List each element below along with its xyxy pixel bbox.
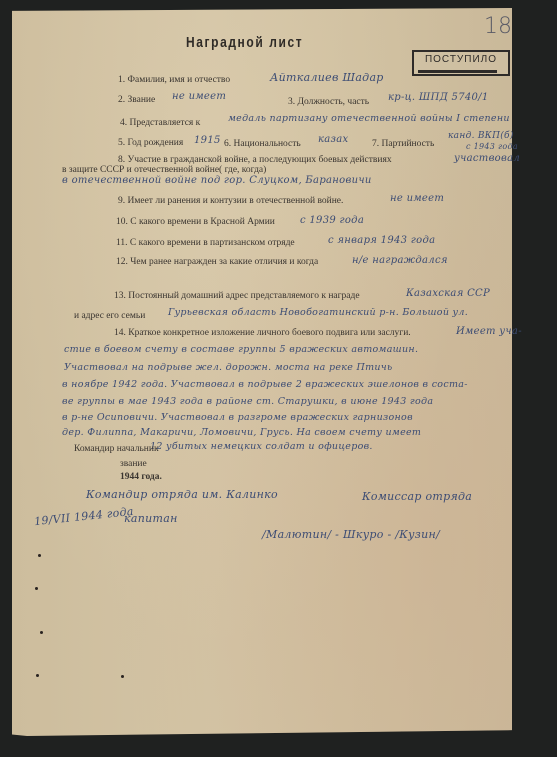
field-4-value: медаль партизану отечественной войны I с… xyxy=(228,113,510,124)
field-13-label-line1: 13. Постоянный домашний адрес представля… xyxy=(114,291,360,301)
field-14-line: стие в боевом счету в составе группы 5 в… xyxy=(64,344,418,355)
field-10-label: 10. С какого времени в Красной Армии xyxy=(116,217,275,227)
field-9-value: не имеет xyxy=(390,193,444,204)
field-14-line: в р-не Осиповичи. Участвовал в разгроме … xyxy=(62,412,413,423)
field-13-value-line2: Гурьевская область Новобогатинский р-н. … xyxy=(168,307,468,318)
field-7-value-2: с 1943 года xyxy=(466,142,518,151)
field-8-label-line2: в защите СССР и отечественной войне( где… xyxy=(62,165,266,175)
ink-dot xyxy=(40,631,43,634)
field-13-value-line1: Казахская ССР xyxy=(406,288,490,299)
field-4-label: 4. Представляется к xyxy=(120,118,200,128)
field-6-label: 6. Национальность xyxy=(224,139,301,149)
ink-dot xyxy=(38,554,41,557)
field-1-value: Айткалиев Шадар xyxy=(270,71,384,84)
stamp-line xyxy=(418,70,497,73)
field-14-line: дер. Филиппа, Макаричи, Ломовичи, Грусь.… xyxy=(62,427,421,438)
field-14-line: ве группы в мае 1943 года в районе ст. С… xyxy=(62,396,433,407)
field-3-label: 3. Должность, часть xyxy=(288,97,369,107)
field-14-line: Участвовал на подрыве жел. дорожн. моста… xyxy=(64,362,392,373)
field-14-line: в ноябре 1942 года. Участвовал в подрыве… xyxy=(62,379,468,390)
ink-dot xyxy=(36,674,39,677)
handwritten-signatures: /Малютин/ - Шкуро - /Кузин/ xyxy=(262,528,440,541)
field-2-value: не имеет xyxy=(172,91,226,102)
page-number: 18 xyxy=(484,14,512,39)
field-7-value: канд. ВКП(б) xyxy=(448,131,514,141)
field-8-label-line1: 8. Участие в гражданской войне, а послед… xyxy=(118,155,392,165)
field-11-value: с января 1943 года xyxy=(328,235,435,246)
field-14-line: 12 убитых немецких солдат и офицеров. xyxy=(150,441,373,452)
commander-printed-label: Командир начальник xyxy=(74,444,159,454)
commander-handwritten-title: Командир отряда им. Калинко xyxy=(86,488,278,501)
field-7-label: 7. Партийность xyxy=(372,139,434,149)
field-8-value-line2: в отечественной войне под гор. Слуцком, … xyxy=(62,175,372,186)
document-title: Наградной лист xyxy=(186,34,303,51)
field-10-value: с 1939 года xyxy=(300,215,364,226)
field-5-label: 5. Год рождения xyxy=(118,138,183,148)
ink-dot xyxy=(35,587,38,590)
field-13-label-line2: и адрес его семьи xyxy=(74,311,145,321)
ink-dot xyxy=(121,675,124,678)
year-printed-label: 1944 года. xyxy=(120,472,162,482)
field-12-label: 12. Чем ранее награжден за какие отличия… xyxy=(116,257,318,267)
received-stamp: ПОСТУПИЛО xyxy=(412,50,510,76)
rank-printed-label: звание xyxy=(120,459,147,469)
field-5-value: 1915 xyxy=(194,135,221,146)
field-14-line: Имеет уча- xyxy=(456,326,522,337)
commissar-handwritten-title: Комиссар отряда xyxy=(362,490,472,503)
stamp-label: ПОСТУПИЛО xyxy=(418,53,504,66)
field-6-value: казах xyxy=(318,134,349,145)
field-2-label: 2. Звание xyxy=(118,95,155,105)
field-9-label: 9. Имеет ли ранения и контузии в отечест… xyxy=(118,196,343,206)
field-11-label: 11. С какого времени в партизанском отря… xyxy=(116,238,295,248)
field-14-label: 14. Краткое конкретное изложение личного… xyxy=(114,328,411,338)
field-3-value: кр-ц. ШПД 5740/1 xyxy=(388,92,489,103)
field-12-value: н/е награждался xyxy=(352,255,448,266)
field-1-label: 1. Фамилия, имя и отчество xyxy=(118,75,230,85)
field-8-value-line1: участвовал xyxy=(454,153,520,164)
